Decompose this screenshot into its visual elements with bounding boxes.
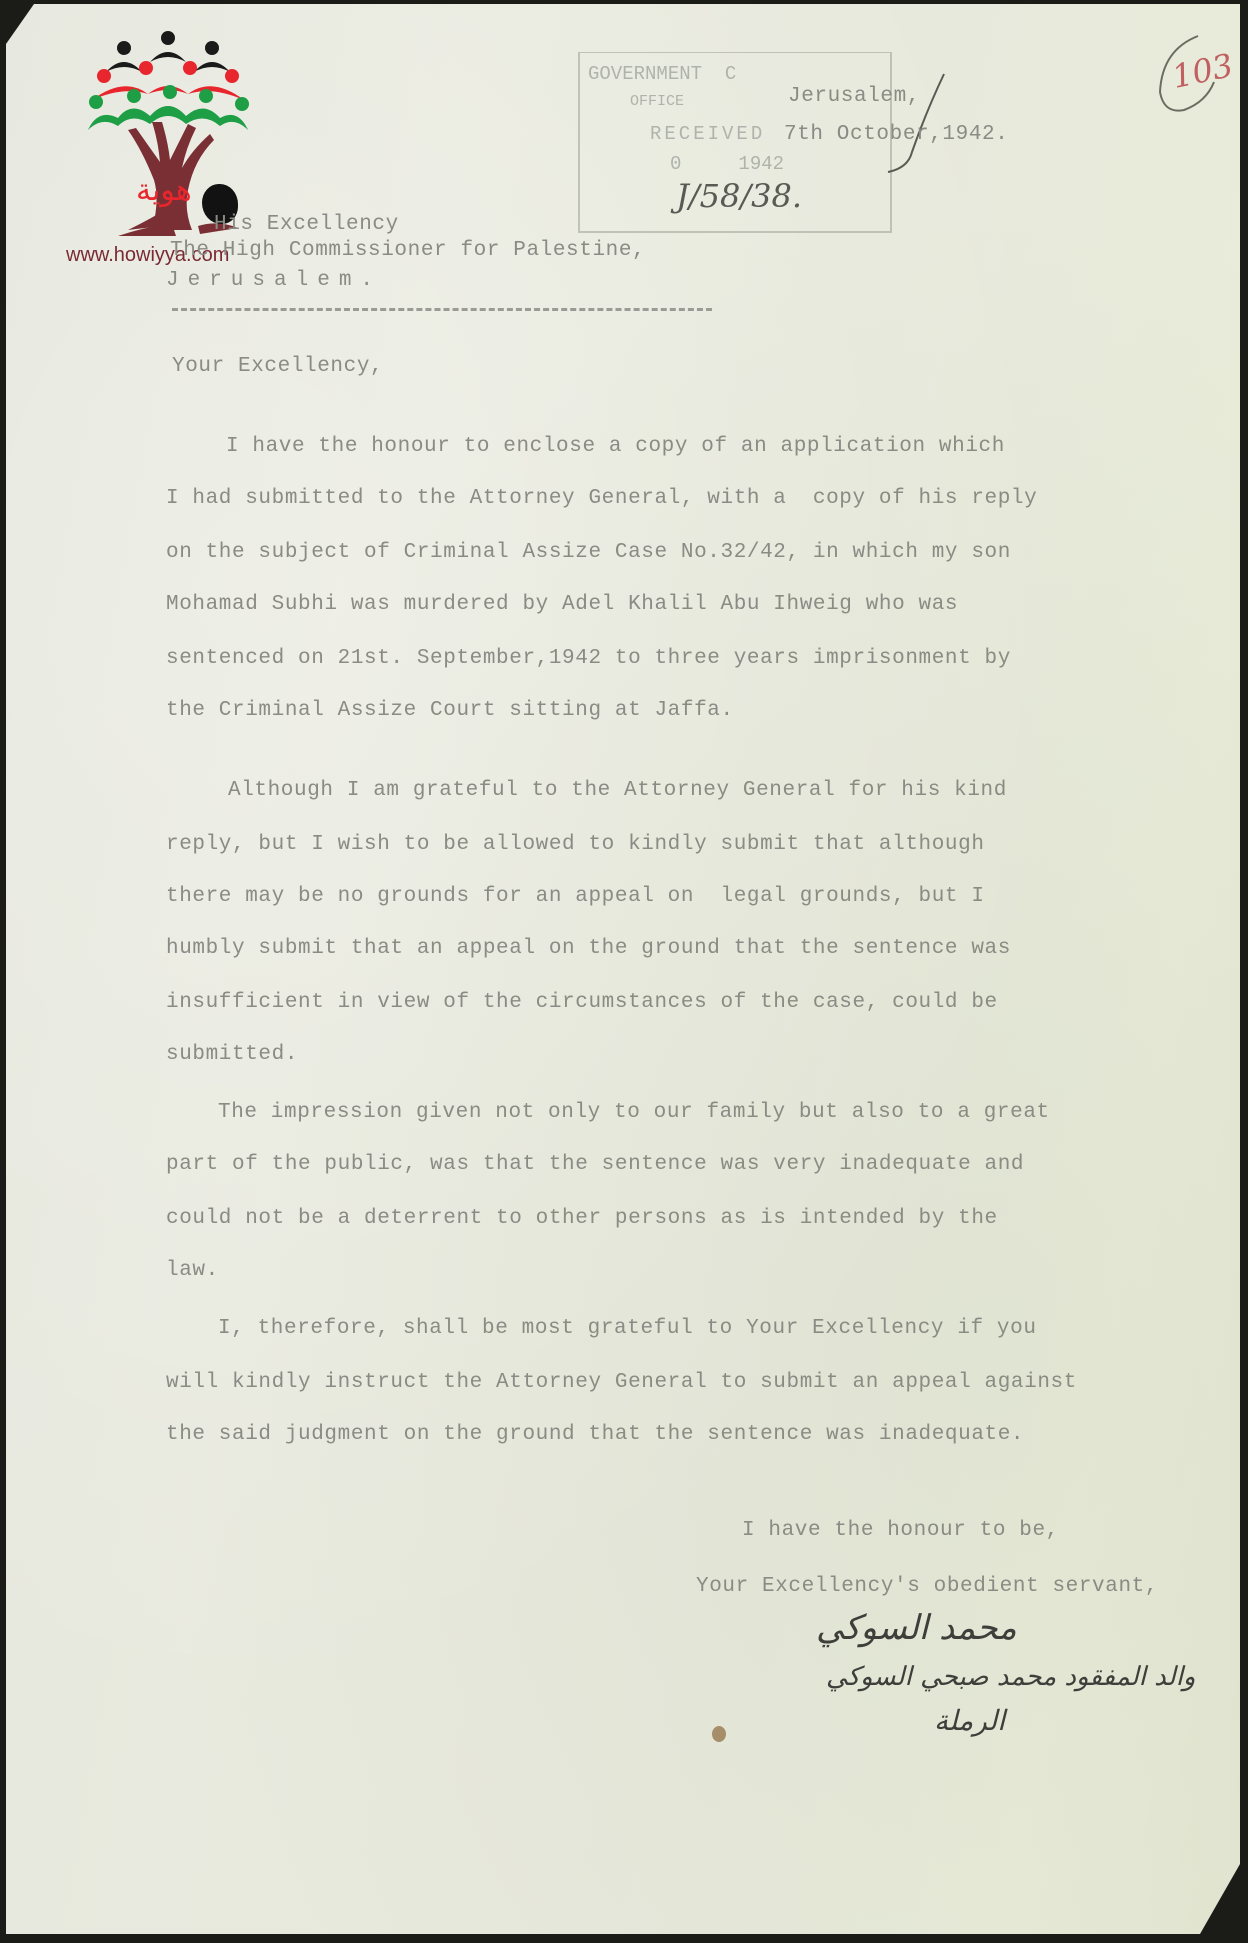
signature-name: محمد السوكي — [816, 1608, 1017, 1648]
folio-number: 103 — [1154, 30, 1224, 120]
body-line: part of the public, was that the sentenc… — [166, 1154, 1024, 1175]
body-line: reply, but I wish to be allowed to kindl… — [166, 834, 985, 855]
scanned-letter-page: هوية www.howiyya.com GOVERNMENT C OFFICE… — [6, 4, 1240, 1934]
signature-line-2: والد المفقود محمد صبحي السوكي — [826, 1662, 1195, 1692]
file-reference: J/58/38. — [676, 177, 802, 215]
body-line: I, therefore, shall be most grateful to … — [218, 1318, 1037, 1339]
closing-line-1: I have the honour to be, — [742, 1520, 1059, 1541]
addressee-line-1: His Excellency — [214, 214, 399, 235]
stamp-line-2: OFFICE — [630, 93, 684, 110]
letter-date: 7th October,1942. — [784, 124, 1008, 145]
page-corner-br — [1200, 1864, 1240, 1934]
body-line: law. — [166, 1260, 219, 1281]
svg-text:هوية: هوية — [136, 173, 192, 208]
page-corner-tl — [6, 4, 34, 44]
letter-place: Jerusalem, — [788, 86, 920, 107]
body-line: the said judgment on the ground that the… — [166, 1424, 1024, 1445]
body-line: insufficient in view of the circumstance… — [166, 992, 998, 1013]
body-line: will kindly instruct the Attorney Genera… — [166, 1372, 1077, 1393]
body-line: on the subject of Criminal Assize Case N… — [166, 542, 1011, 563]
body-line: I have the honour to enclose a copy of a… — [226, 436, 1005, 457]
paper-stain — [712, 1726, 726, 1742]
body-line: could not be a deterrent to other person… — [166, 1208, 998, 1229]
body-line: The impression given not only to our fam… — [218, 1102, 1050, 1123]
body-line: Although I am grateful to the Attorney G… — [228, 780, 1007, 801]
stamp-line-4: 0 1942 — [670, 153, 784, 175]
closing-line-2: Your Excellency's obedient servant, — [696, 1576, 1158, 1597]
body-line: the Criminal Assize Court sitting at Jaf… — [166, 700, 734, 721]
body-line: there may be no grounds for an appeal on… — [166, 886, 985, 907]
addressee-line-3: Jerusalem. — [166, 270, 382, 291]
stamp-line-3: RECEIVED — [650, 123, 765, 145]
stamp-line-1: GOVERNMENT C — [588, 63, 736, 85]
body-line: submitted. — [166, 1044, 298, 1065]
body-line: humbly submit that an appeal on the grou… — [166, 938, 1011, 959]
addressee-line-2: The High Commissioner for Palestine, — [170, 240, 645, 261]
body-line: sentenced on 21st. September,1942 to thr… — [166, 648, 1011, 669]
body-line: I had submitted to the Attorney General,… — [166, 488, 1037, 509]
divider-dashes — [172, 308, 712, 311]
salutation: Your Excellency, — [172, 356, 383, 377]
signature-line-3: الرملة — [934, 1704, 1005, 1737]
body-line: Mohamad Subhi was murdered by Adel Khali… — [166, 594, 958, 615]
